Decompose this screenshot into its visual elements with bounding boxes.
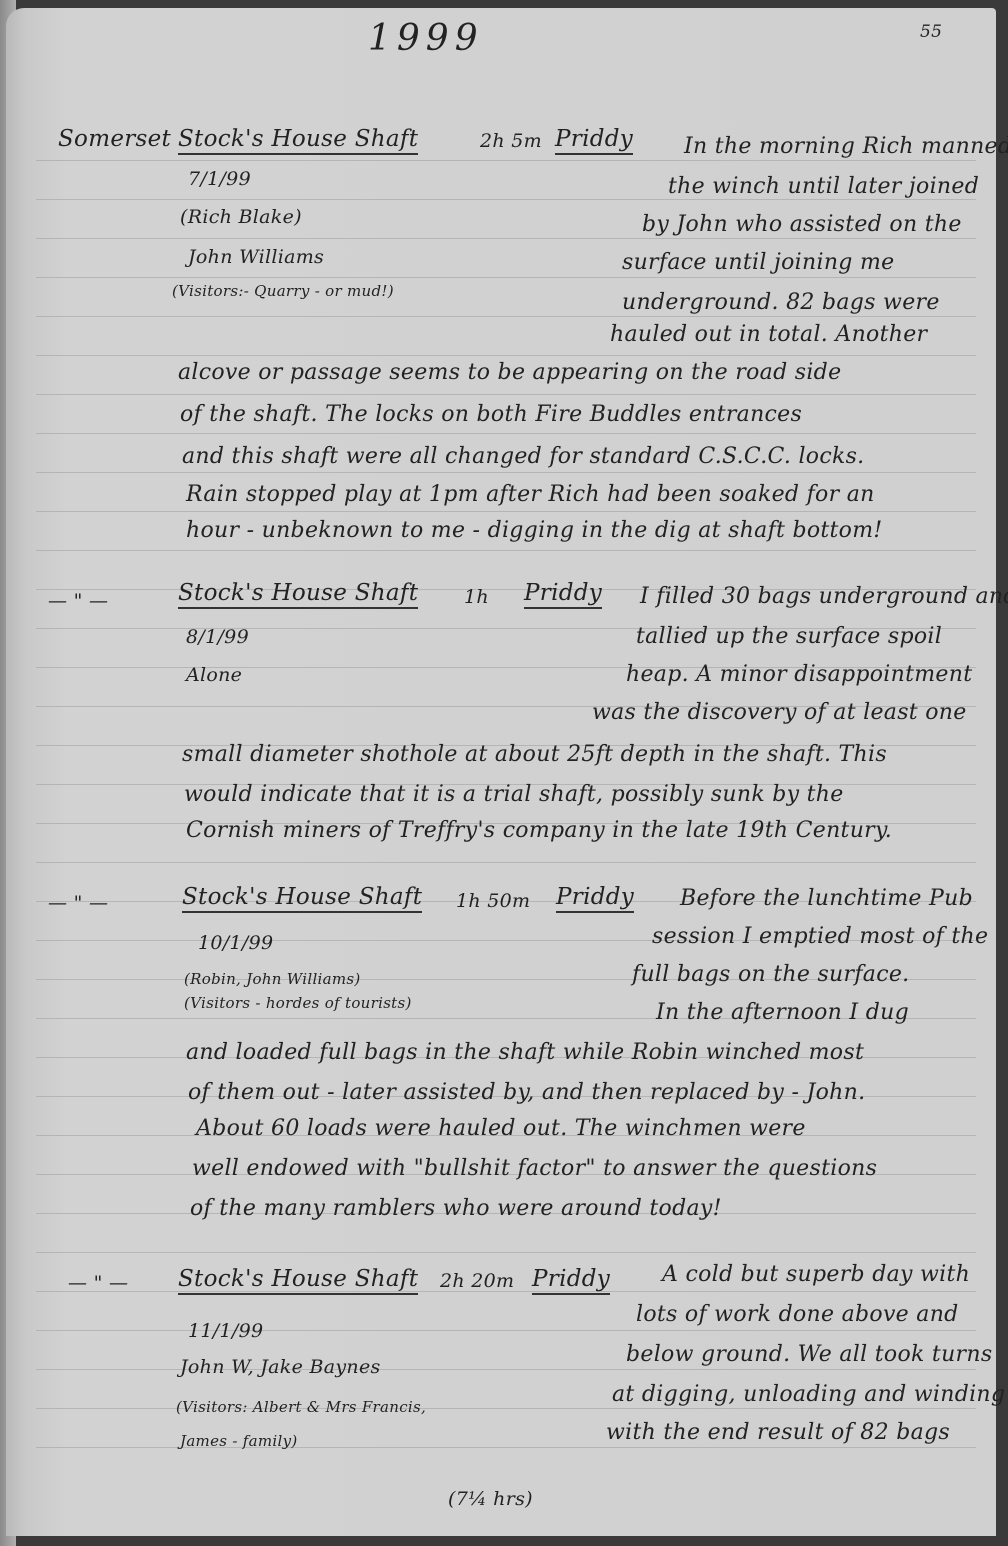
entry-note-line: and loaded full bags in the shaft while … <box>186 1040 864 1065</box>
entry-note-line: In the afternoon I dug <box>656 1000 909 1025</box>
page-number: 55 <box>920 22 942 42</box>
ruled-line <box>36 550 976 551</box>
entry-site: Stock's House Shaft <box>182 884 422 913</box>
entry-note-line: full bags on the surface. <box>632 962 909 987</box>
entry-note-line: of the shaft. The locks on both Fire Bud… <box>180 402 802 427</box>
ruled-line <box>36 199 976 200</box>
entry-duration: 2h 5m <box>480 130 542 152</box>
entry-person: (Robin, John Williams) <box>184 970 361 988</box>
entry-note-line: lots of work done above and <box>636 1302 959 1327</box>
entry-site: Stock's House Shaft <box>178 1266 418 1295</box>
page-year: 1999 <box>368 18 484 59</box>
entry-duration: 1h <box>464 586 489 608</box>
entry-note-line: hour - unbeknown to me - digging in the … <box>186 518 883 543</box>
entry-site: Stock's House Shaft <box>178 126 418 155</box>
entry-note-line: at digging, unloading and winding <box>612 1382 1005 1407</box>
entry-date: 7/1/99 <box>188 168 251 190</box>
entry-location: Priddy <box>556 884 634 913</box>
entry-person: Alone <box>186 664 242 686</box>
ruled-line <box>36 316 976 317</box>
ruled-line <box>36 1330 976 1331</box>
entry-note-line: of them out - later assisted by, and the… <box>188 1080 865 1105</box>
entry-note-line: and this shaft were all changed for stan… <box>182 444 864 469</box>
entry-note-line: was the discovery of at least one <box>592 700 967 725</box>
entry-person: (Visitors: Albert & Mrs Francis, <box>176 1398 426 1416</box>
page-total-hours: (7¼ hrs) <box>448 1488 533 1510</box>
ditto-mark: — " — <box>68 1272 128 1294</box>
entry-note-line: A cold but superb day with <box>662 1262 970 1287</box>
ruled-line <box>36 277 976 278</box>
entry-note-line: Rain stopped play at 1pm after Rich had … <box>186 482 875 507</box>
entry-person: (Visitors:- Quarry - or mud!) <box>172 282 394 300</box>
ruled-line <box>36 1447 976 1448</box>
entry-note-line: would indicate that it is a trial shaft,… <box>184 782 844 807</box>
entry-person: (Visitors - hordes of tourists) <box>184 994 412 1012</box>
entry-note-line: About 60 loads were hauled out. The winc… <box>196 1116 806 1141</box>
ditto-mark: — " — <box>48 892 108 914</box>
entry-note-line: by John who assisted on the <box>642 212 962 237</box>
entry-note-line: small diameter shothole at about 25ft de… <box>182 742 887 767</box>
entry-duration: 1h 50m <box>456 890 530 912</box>
entry-location: Priddy <box>555 126 633 155</box>
entry-note-line: surface until joining me <box>622 250 894 275</box>
ruled-line <box>36 238 976 239</box>
ruled-line <box>36 1252 976 1253</box>
ruled-line <box>36 511 976 512</box>
entry-person: John W, Jake Baynes <box>180 1356 381 1378</box>
entry-note-line: of the many ramblers who were around tod… <box>190 1196 722 1221</box>
ruled-line <box>36 433 976 434</box>
entry-location: Priddy <box>524 580 602 609</box>
entry-location: Priddy <box>532 1266 610 1295</box>
entry-note-line: heap. A minor disappointment <box>626 662 972 687</box>
entry-note-line: underground. 82 bags were <box>622 290 940 315</box>
entry-person: James - family) <box>180 1432 298 1450</box>
ruled-line <box>36 160 976 161</box>
ruled-line <box>36 355 976 356</box>
entry-note-line: session I emptied most of the <box>652 924 988 949</box>
entry-date: 8/1/99 <box>186 626 249 648</box>
entry-note-line: tallied up the surface spoil <box>636 624 942 649</box>
entry-note-line: Cornish miners of Treffry's company in t… <box>186 818 892 843</box>
entry-note-line: alcove or passage seems to be appearing … <box>178 360 841 385</box>
ruled-line <box>36 394 976 395</box>
entry-site: Stock's House Shaft <box>178 580 418 609</box>
ruled-line <box>36 472 976 473</box>
ruled-line <box>36 1369 976 1370</box>
entry-region: Somerset <box>58 126 171 152</box>
entry-note-line: the winch until later joined <box>668 174 979 199</box>
ditto-mark: — " — <box>48 590 108 612</box>
entry-note-line: Before the lunchtime Pub <box>680 886 973 911</box>
entry-date: 11/1/99 <box>188 1320 263 1342</box>
entry-person: (Rich Blake) <box>180 206 302 228</box>
entry-note-line: hauled out in total. Another <box>610 322 927 347</box>
entry-note-line: In the morning Rich manned <box>684 134 1008 159</box>
entry-duration: 2h 20m <box>440 1270 514 1292</box>
entry-note-line: I filled 30 bags underground and <box>640 584 1008 609</box>
entry-person: John Williams <box>188 246 324 268</box>
entry-note-line: below ground. We all took turns <box>626 1342 992 1367</box>
entry-note-line: with the end result of 82 bags <box>606 1420 950 1445</box>
entry-date: 10/1/99 <box>198 932 273 954</box>
ruled-line <box>36 862 976 863</box>
entry-note-line: well endowed with "bullshit factor" to a… <box>192 1156 877 1181</box>
